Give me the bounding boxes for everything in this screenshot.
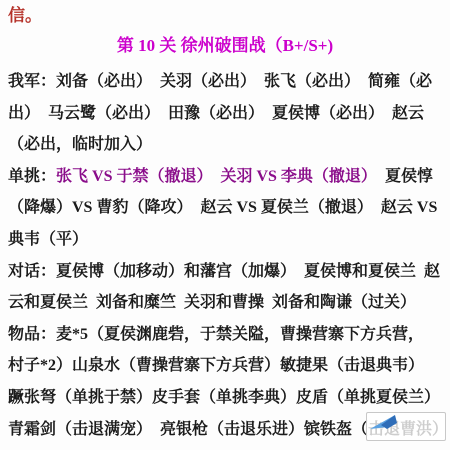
text-segment: 物品：麦*5（夏侯渊鹿砦，于禁关隘，曹操营寨下方兵营， <box>8 326 424 343</box>
document-body: 我军：刘备（必出） 关羽（必出） 张飞（必出） 简雍（必出） 马云鹭（必出） 田… <box>8 66 446 445</box>
text-segment: 我军：刘备（必出） 关羽（必出） 张飞（必出） 简雍（必 <box>8 73 432 90</box>
blue-arrow-icon <box>369 414 401 432</box>
text-segment: 蹶张弩（单挑于禁）皮手套（单挑李典）皮盾（单挑夏侯兰） <box>8 389 440 406</box>
text-segment: 张飞 VS 于禁（撤退） 关羽 VS 李典（撤退） <box>56 168 377 185</box>
text-line: 对话：夏侯博（加移动）和藩宫（加爆） 夏侯博和夏侯兰 赵 <box>8 256 446 288</box>
text-segment: （必出，临时加入） <box>8 136 152 153</box>
text-line: 我军：刘备（必出） 关羽（必出） 张飞（必出） 简雍（必 <box>8 66 446 98</box>
document-page: { "colors": { "red": "#b5322a", "magenta… <box>0 0 450 450</box>
text-segment: （降爆）VS 曹豹（降攻） 赵云 VS 夏侯兰（撤退） 赵云 VS <box>8 199 437 216</box>
text-segment: 云和夏侯兰 刘备和糜竺 关羽和曹操 刘备和陶谦（过关） <box>8 294 416 311</box>
text-segment: 典韦（平） <box>8 231 88 248</box>
text-segment: 对话：夏侯博（加移动）和藩宫（加爆） 夏侯博和夏侯兰 赵 <box>8 263 440 280</box>
watermark-box <box>366 412 446 441</box>
text-segment: 单挑： <box>8 168 56 185</box>
text-line: 蹶张弩（单挑于禁）皮手套（单挑李典）皮盾（单挑夏侯兰） <box>8 382 446 414</box>
text-line: 物品：麦*5（夏侯渊鹿砦，于禁关隘，曹操营寨下方兵营， <box>8 319 446 351</box>
text-line: 典韦（平） <box>8 224 446 256</box>
text-line: （降爆）VS 曹豹（降攻） 赵云 VS 夏侯兰（撤退） 赵云 VS <box>8 192 446 224</box>
text-line: （必出，临时加入） <box>8 129 446 161</box>
page-title: 第 10 关 徐州破围战（B+/S+) <box>0 34 450 58</box>
text-line: 村子*2）山泉水（曹操营寨下方兵营）敏捷果（击退典韦） <box>8 350 446 382</box>
text-segment: 出） 马云鹭（必出） 田豫（必出） 夏侯博（必出） 赵云 <box>8 105 424 122</box>
text-line: 云和夏侯兰 刘备和糜竺 关羽和曹操 刘备和陶谦（过关） <box>8 287 446 319</box>
text-segment: 夏侯惇 <box>377 168 433 185</box>
text-segment: 村子*2）山泉水（曹操营寨下方兵营）敏捷果（击退典韦） <box>8 357 424 374</box>
header-prefix: 信。 <box>8 5 42 27</box>
text-line: 单挑：张飞 VS 于禁（撤退） 关羽 VS 李典（撤退） 夏侯惇 <box>8 161 446 193</box>
text-line: 出） 马云鹭（必出） 田豫（必出） 夏侯博（必出） 赵云 <box>8 98 446 130</box>
